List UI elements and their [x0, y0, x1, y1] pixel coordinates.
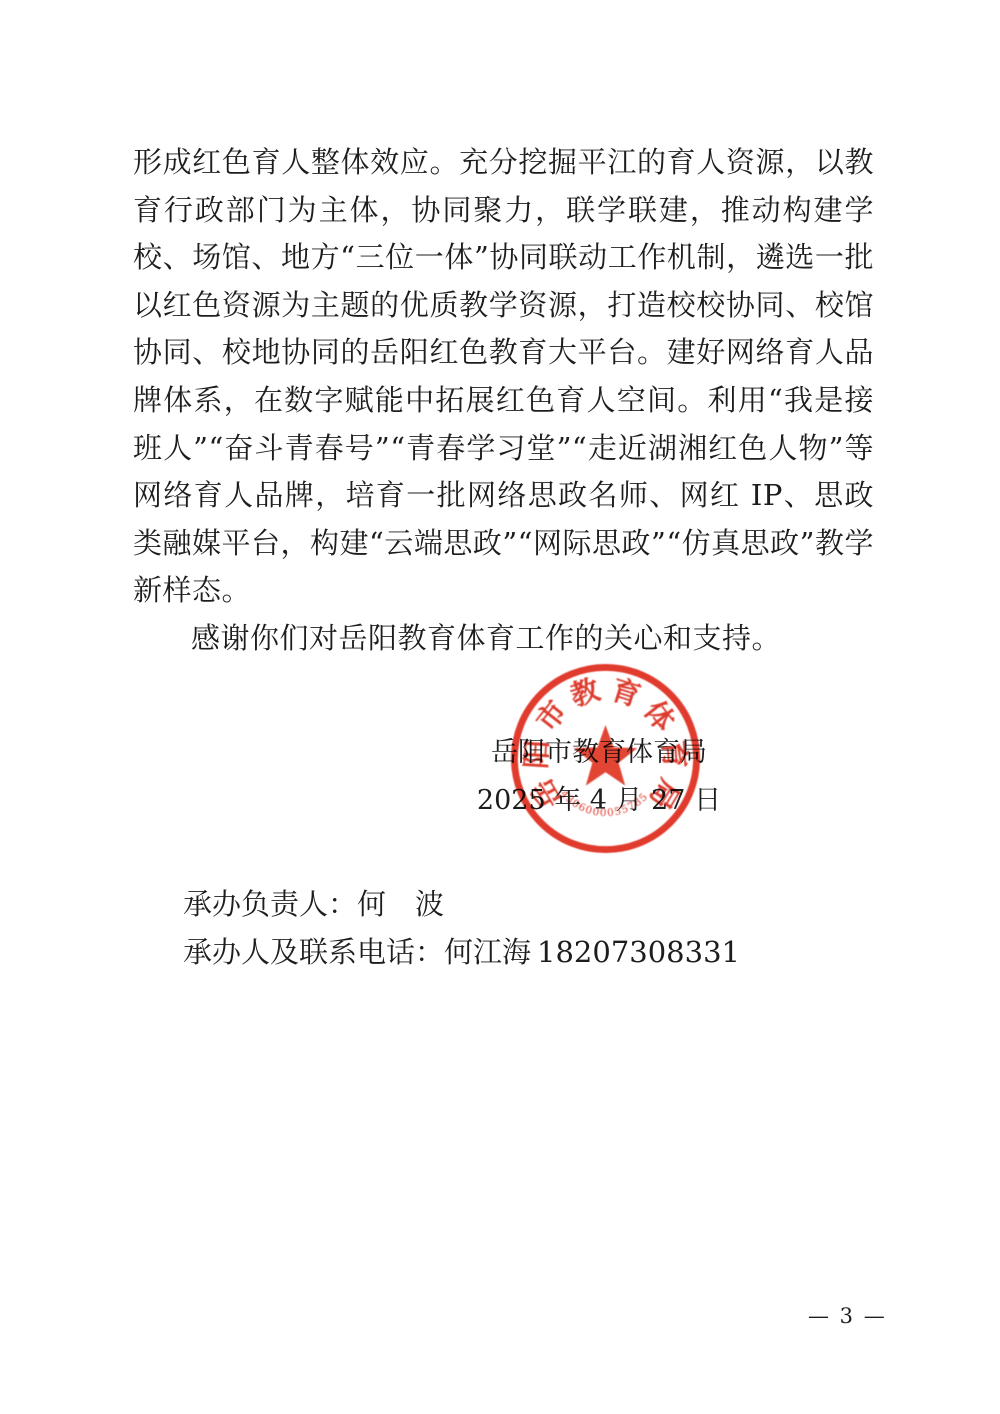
official-seal-stamp: 岳阳市教育体育局 4306000055785 — [507, 660, 704, 857]
contact-handler-label: 承办人及联系电话： — [183, 935, 444, 969]
body-text: 形成红色育人整体效应。充分挖掘平江的育人资源，以教育行政部门为主体，协同聚力，联… — [133, 139, 874, 663]
contact-handler-phone: 18207308331 — [537, 935, 740, 969]
paragraph-thanks: 感谢你们对岳阳教育体育工作的关心和支持。 — [133, 615, 874, 663]
contact-manager-line: 承办负责人：何 波 — [183, 881, 740, 929]
contact-manager-label: 承办负责人： — [183, 887, 357, 921]
seal-arc-char: 阳 — [519, 739, 555, 770]
contact-manager-name: 何 波 — [357, 887, 444, 921]
document-page: 形成红色育人整体效应。充分挖掘平江的育人资源，以教育行政部门为主体，协同聚力，联… — [0, 0, 1000, 1414]
seal-arc-char: 教 — [566, 672, 604, 713]
contact-block: 承办负责人：何 波 承办人及联系电话：何江海18207308331 — [183, 881, 740, 976]
seal-star-icon — [574, 725, 638, 786]
contact-handler-line: 承办人及联系电话：何江海18207308331 — [183, 929, 740, 977]
seal-arc-char: 育 — [657, 739, 693, 770]
seal-code: 4306000055785 — [558, 788, 651, 819]
seal-arc-char: 育 — [607, 672, 644, 713]
paragraph-continuation: 形成红色育人整体效应。充分挖掘平江的育人资源，以教育行政部门为主体，协同聚力，联… — [133, 139, 874, 615]
contact-handler-name: 何江海 — [444, 935, 531, 969]
page-number: — 3 — — [808, 1304, 887, 1328]
